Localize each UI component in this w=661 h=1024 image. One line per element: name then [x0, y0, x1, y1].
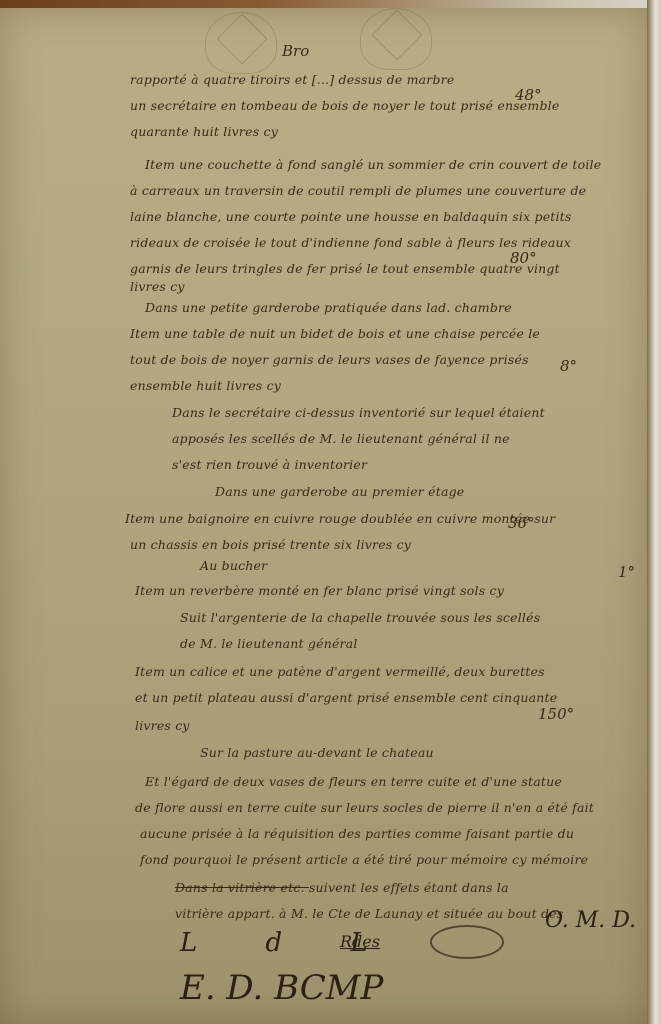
manuscript-line: livres cy: [130, 279, 185, 294]
manuscript-line: rapporté à quatre tiroirs et [...] dessu…: [130, 72, 454, 87]
manuscript-line: Item une baignoire en cuivre rouge doubl…: [125, 511, 555, 526]
manuscript-line: aucune prisée à la réquisition des parti…: [140, 826, 574, 841]
fiscal-stamp-left: [205, 12, 277, 74]
manuscript-line: s'est rien trouvé à inventorier: [172, 457, 367, 472]
fiscal-stamp-right: [360, 8, 432, 70]
manuscript-line: Dans le secrétaire ci-dessus inventorié …: [172, 405, 545, 420]
manuscript-line: Dans une petite garderobe pratiquée dans…: [145, 300, 512, 315]
manuscript-line: Sur la pasture au-devant le chateau: [200, 745, 434, 760]
left-signature: L d L: [180, 928, 398, 958]
manuscript-line: et un petit plateau aussi d'argent prisé…: [135, 690, 557, 705]
manuscript-line: Au bucher: [200, 558, 267, 573]
manuscript-line: un chassis en bois prisé trente six livr…: [130, 537, 411, 552]
amount-value: 80°: [510, 249, 537, 267]
manuscript-line: Dans la vitrière etc. suivent les effets…: [175, 880, 509, 895]
manuscript-line: ensemble huit livres cy: [130, 378, 281, 393]
manuscript-line: Item un reverbère monté en fer blanc pri…: [135, 583, 504, 598]
folio-mark: Bro: [282, 42, 309, 60]
manuscript-line: livres cy: [135, 718, 190, 733]
manuscript-line: à carreaux un traversin de coutil rempli…: [130, 183, 586, 198]
bottom-signature: E. D. BCMP: [180, 968, 383, 1008]
manuscript-line: un secrétaire en tombeau de bois de noye…: [130, 98, 559, 113]
manuscript-line: rideaux de croisée le tout d'indienne fo…: [130, 235, 571, 250]
initials-signature: O. M. D.: [545, 908, 636, 933]
manuscript-line: garnis de leurs tringles de fer prisé le…: [130, 261, 560, 276]
manuscript-line: laine blanche, une courte pointe une hou…: [130, 209, 572, 224]
manuscript-line: Et l'égard de deux vases de fleurs en te…: [145, 774, 562, 789]
manuscript-line: Dans une garderobe au premier étage: [215, 484, 464, 499]
manuscript-line: fond pourquoi le présent article a été t…: [140, 852, 588, 867]
amount-value: 1°: [618, 563, 635, 581]
amount-value: 150°: [538, 705, 574, 723]
manuscript-line: Item un calice et une patène d'argent ve…: [135, 664, 545, 679]
manuscript-line: de M. le lieutenant général: [180, 636, 358, 651]
amount-value: 36°: [508, 514, 535, 532]
manuscript-line: tout de bois de noyer garnis de leurs va…: [130, 352, 529, 367]
manuscript-line: quarante huit livres cy: [130, 124, 278, 139]
amount-value: 48°: [515, 86, 542, 104]
amount-value: 8°: [560, 357, 577, 375]
manuscript-line: Item une table de nuit un bidet de bois …: [130, 326, 540, 341]
signature-flourish: [430, 925, 504, 959]
manuscript-line: vitrière appart. à M. le Cte de Launay e…: [175, 906, 563, 921]
manuscript-line: Suit l'argenterie de la chapelle trouvée…: [180, 610, 540, 625]
manuscript-line: Item une couchette à fond sanglé un somm…: [145, 157, 601, 172]
paper-right-edge: [647, 0, 661, 1024]
manuscript-line: apposés les scellés de M. le lieutenant …: [172, 431, 510, 446]
manuscript-line: de flore aussi en terre cuite sur leurs …: [135, 800, 594, 815]
